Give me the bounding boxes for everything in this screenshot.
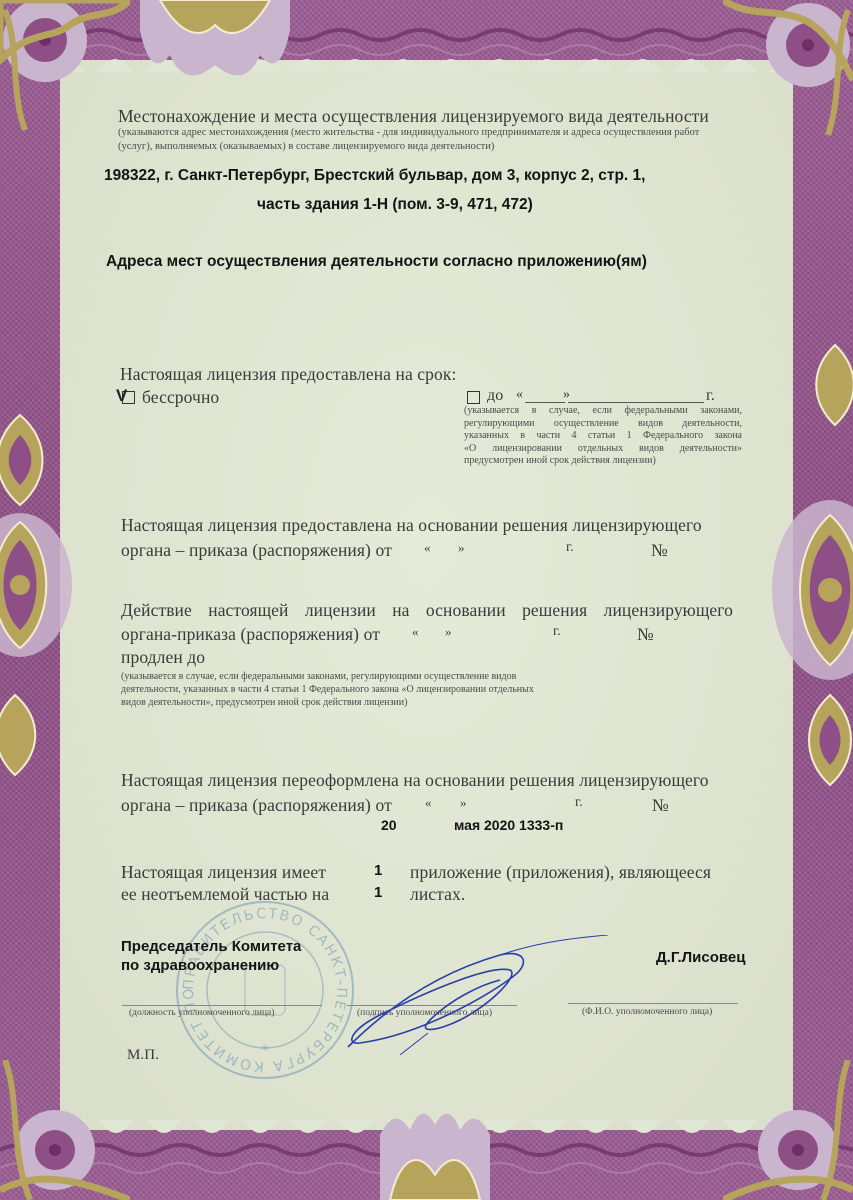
appendix-count: 1 [374,862,382,879]
until-note-line: «О лицензировании отдельных видов деятел… [464,443,742,456]
position-line [122,1005,322,1006]
reissue-open-quote: « [425,795,432,811]
reissue-close-quote: » [460,795,467,811]
basis-year-suffix: г. [566,540,574,556]
appendix-line1-start: Настоящая лицензия имеет [121,862,326,883]
appendix-line2-end: листах. [410,884,465,905]
official-stamp: ПРАВИТЕЛЬСТВО САНКТ-ПЕТЕРБУРГА КОМИТЕТ П… [170,895,360,1085]
svg-text:*: * [262,1043,269,1059]
until-note-line: указанных в части 4 статьи 1 Федеральног… [464,430,742,443]
address-line1: 198322, г. Санкт-Петербург, Брестский бу… [104,167,645,185]
until-day-field[interactable] [525,402,565,403]
term-heading: Настоящая лицензия предоставлена на срок… [120,364,456,385]
extension-note-line: деятельности, указанных в части 4 статьи… [121,683,534,696]
extension-open-quote: « [412,624,419,640]
until-note-line: (указывается в случае, если федеральными… [464,405,742,418]
extension-line2: органа-приказа (распоряжения) от [121,624,380,645]
basis-number-sign: № [651,540,668,561]
until-close-quote: » [563,387,570,403]
basis-line1: Настоящая лицензия предоставлена на осно… [121,515,702,536]
until-checkbox[interactable] [467,391,480,404]
checkmark-icon: V [116,386,127,406]
location-heading: Местонахождение и места осуществления ли… [118,106,709,127]
basis-close-quote: » [458,540,465,556]
reissue-month-year-number: мая 2020 1333-п [454,817,563,833]
reissue-line1: Настоящая лицензия переоформлена на осно… [121,770,709,791]
appendix-sheets: 1 [374,884,382,901]
until-year-suffix: г. [706,387,715,405]
unlimited-label: бессрочно [142,387,219,408]
signatory-position-line2: по здравоохранению [121,957,279,974]
reissue-number-sign: № [652,795,669,816]
extension-line3: продлен до [121,647,205,668]
position-caption: (должность уполномоченного лица) [129,1008,274,1018]
extension-close-quote: » [445,624,452,640]
extension-note-line: видов деятельности», предусмотрен иной с… [121,696,534,709]
signatory-position-line1: Председатель Комитета [121,938,301,955]
until-open-quote: « [516,387,523,403]
reissue-line2: органа – приказа (распоряжения) от [121,795,392,816]
location-note-line2: (услуг), выполняемых (оказываемых) в сос… [118,141,494,152]
address-line2: часть здания 1-Н (пом. 3-9, 471, 472) [257,196,533,214]
handwritten-signature [340,935,610,1055]
basis-open-quote: « [424,540,431,556]
until-note: (указывается в случае, если федеральными… [464,405,742,468]
seal-label: М.П. [127,1047,159,1064]
reissue-year-suffix: г. [575,795,583,811]
location-note-line1: (указываются адрес местонахождения (мест… [118,127,699,138]
until-month-year-field[interactable] [568,402,704,403]
extension-year-suffix: г. [553,624,561,640]
extension-note-line: (указывается в случае, если федеральными… [121,670,534,683]
reissue-day: 20 [381,817,397,833]
until-label: до [487,387,503,405]
extension-note: (указывается в случае, если федеральными… [121,670,534,709]
appendix-line1-end: приложение (приложения), являющееся [410,862,711,883]
extension-number-sign: № [637,624,654,645]
until-note-line: предусмотрен иной срок действия лицензии… [464,455,742,468]
addresses-annex-note: Адреса мест осуществления деятельности с… [106,253,647,271]
extension-line1: Действие настоящей лицензии на основании… [121,600,733,621]
basis-line2: органа – приказа (распоряжения) от [121,540,392,561]
until-note-line: регулирующими осуществление видов деятел… [464,418,742,431]
license-content: Местонахождение и места осуществления ли… [0,0,853,1200]
signatory-name: Д.Г.Лисовец [656,949,746,966]
